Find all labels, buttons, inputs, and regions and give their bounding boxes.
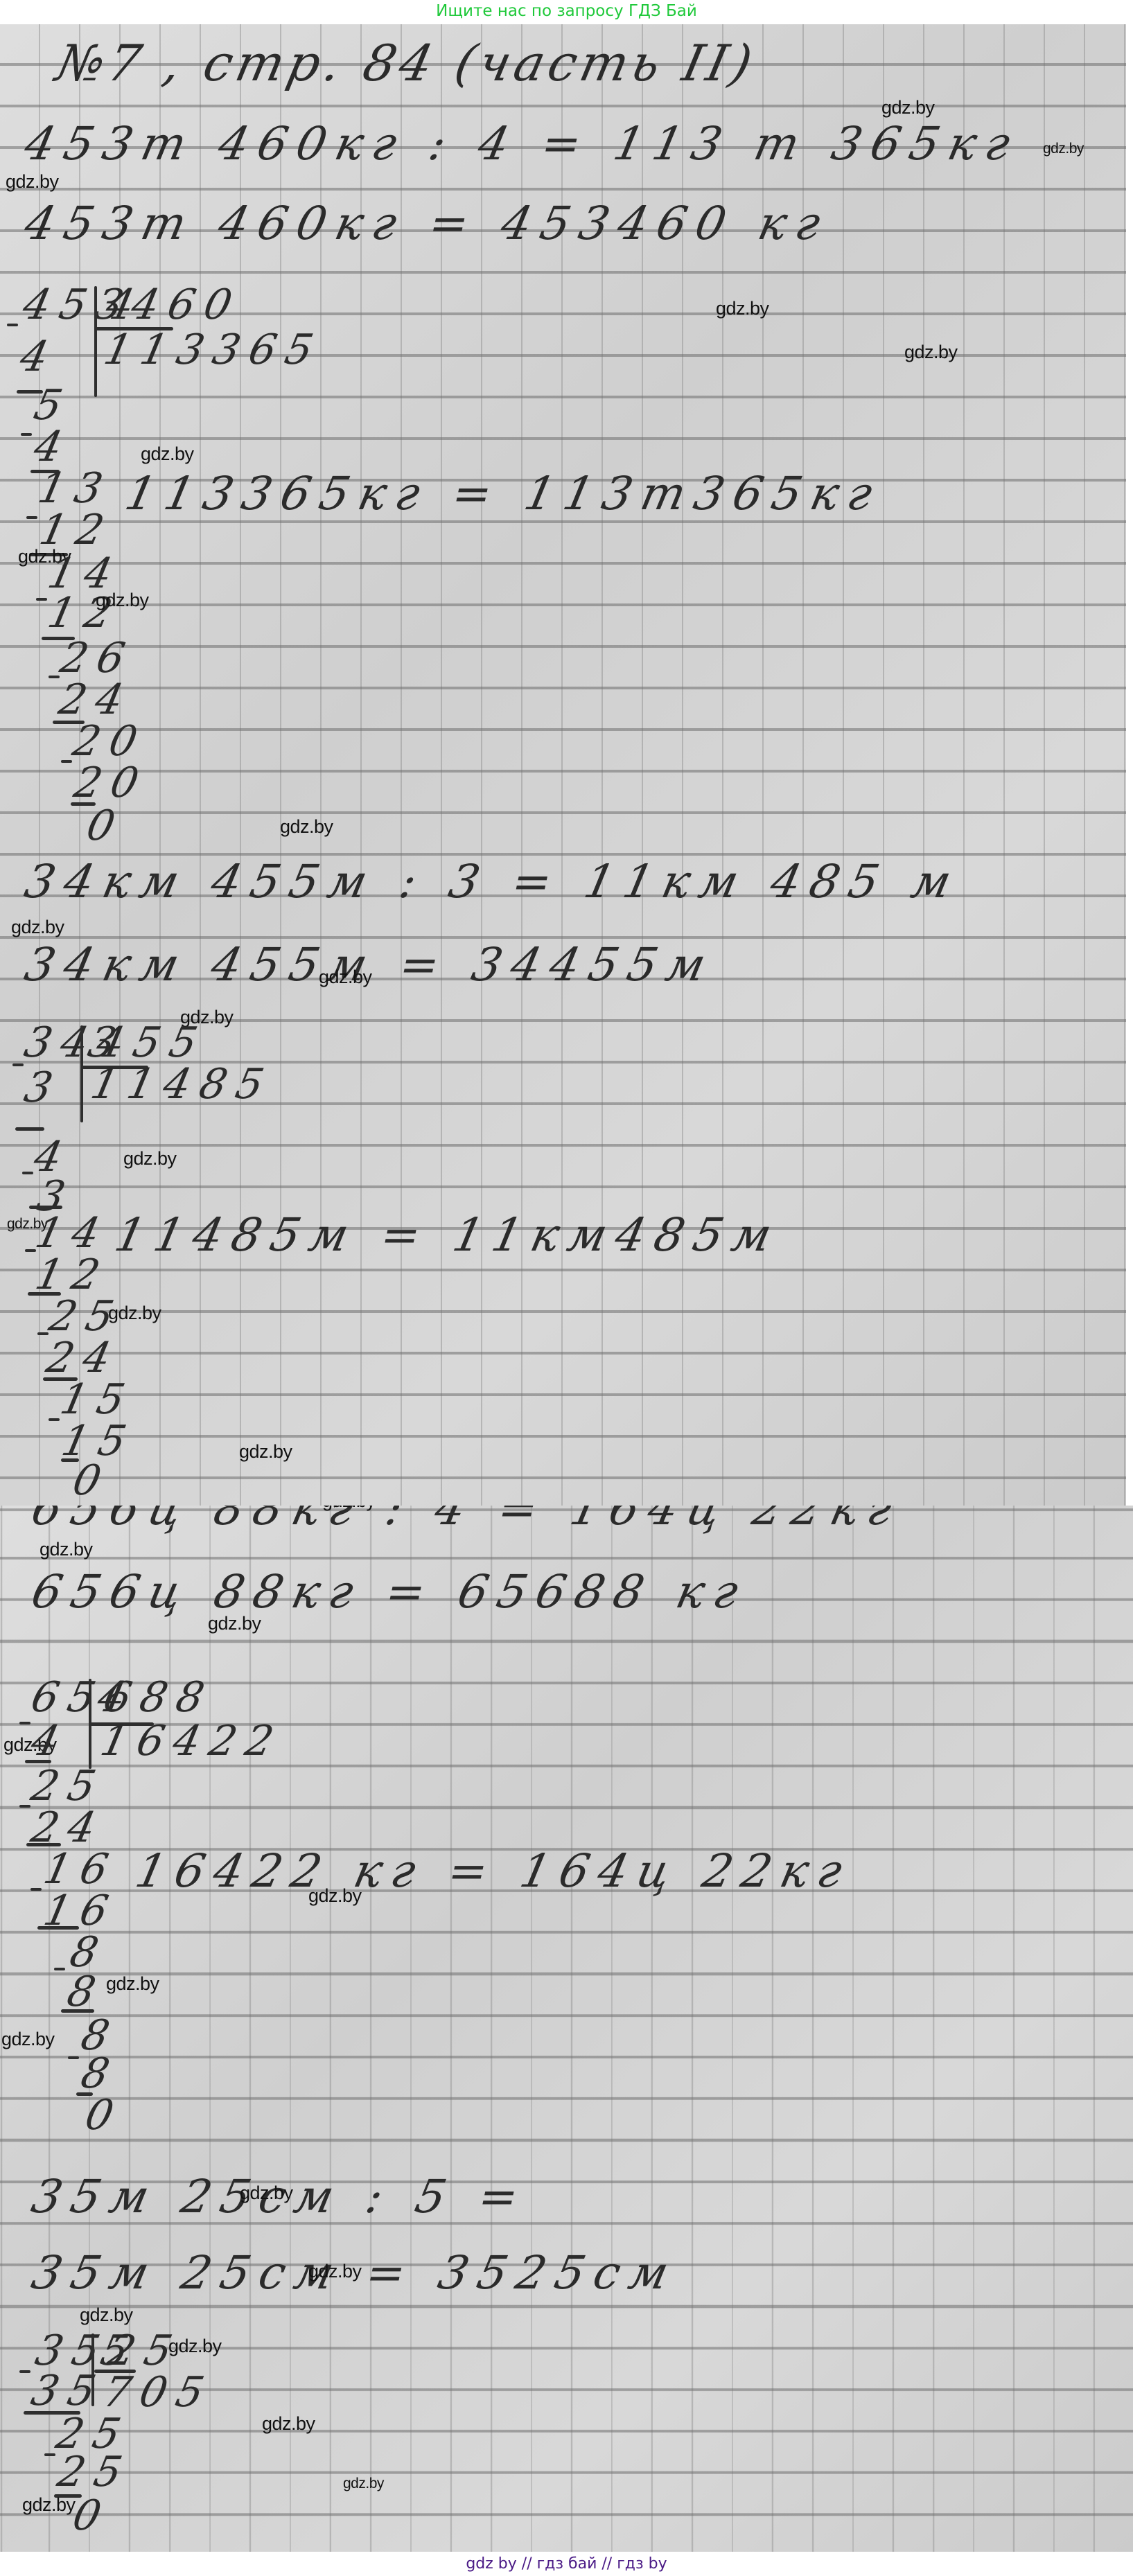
top-banner: Ищите нас по запросу ГДЗ Бай bbox=[0, 0, 1133, 24]
minus-sign bbox=[30, 1888, 42, 1891]
step: 3 bbox=[21, 1067, 66, 1109]
exercise-title: №7 , стр. 84 (часть II) bbox=[52, 38, 760, 88]
minus-sign bbox=[49, 676, 60, 678]
minus-sign bbox=[49, 1418, 60, 1421]
step: 0 bbox=[82, 2094, 127, 2136]
step: 25 bbox=[28, 1765, 109, 1807]
watermark: gdz.by bbox=[39, 1539, 93, 1560]
watermark: gdz.by bbox=[1043, 141, 1084, 157]
watermark: gdz.by bbox=[343, 2476, 384, 2492]
minus-sign bbox=[61, 760, 72, 763]
division-bar bbox=[94, 286, 97, 397]
step: 15 bbox=[58, 1420, 139, 1462]
quotient: 16422 bbox=[97, 1720, 287, 1762]
minus-sign bbox=[37, 1332, 49, 1335]
step: 0 bbox=[69, 1460, 114, 1501]
minus-sign bbox=[25, 1249, 36, 1252]
problem-1-conversion: 453т 460кг = 453460 кг bbox=[21, 201, 834, 247]
problem-3-equation: 656ц 88кг : 4 = 164ц 22кг bbox=[28, 1506, 906, 1532]
step: 12 bbox=[36, 509, 117, 551]
minus-sign bbox=[26, 516, 37, 519]
step: 20 bbox=[71, 762, 152, 804]
watermark: gdz.by bbox=[11, 917, 64, 938]
watermark: gdz.by bbox=[322, 1506, 376, 1512]
step: 8 bbox=[78, 2053, 123, 2094]
watermark: gdz.by bbox=[904, 342, 958, 363]
step: 24 bbox=[28, 1807, 109, 1849]
watermark: gdz.by bbox=[123, 1148, 177, 1170]
step: 4 bbox=[28, 1720, 73, 1762]
step-underline bbox=[61, 1458, 79, 1462]
minus-sign bbox=[19, 1722, 30, 1724]
step: 4 bbox=[17, 336, 62, 378]
step: 16 bbox=[40, 1849, 121, 1890]
watermark: gdz.by bbox=[1, 2029, 55, 2050]
watermark: gdz.by bbox=[881, 97, 935, 118]
watermark: gdz.by bbox=[240, 2182, 293, 2204]
minus-sign bbox=[44, 2453, 55, 2456]
step: 24 bbox=[43, 1337, 124, 1379]
bottom-banner: gdz by // гдз бай // гдз by bbox=[0, 2552, 1133, 2576]
step: 35 bbox=[28, 2370, 109, 2412]
watermark: gdz.by bbox=[716, 298, 769, 319]
minus-sign bbox=[22, 1172, 33, 1174]
step: 25 bbox=[54, 2451, 135, 2493]
minus-sign bbox=[7, 324, 18, 326]
watermark: gdz.by bbox=[308, 2261, 362, 2282]
step: 13 bbox=[35, 468, 116, 509]
notebook-photo-1: №7 , стр. 84 (часть II) gdz.by 453т 460к… bbox=[0, 24, 1126, 1506]
minus-sign bbox=[21, 433, 32, 436]
watermark: gdz.by bbox=[96, 590, 149, 611]
watermark: gdz.by bbox=[168, 2336, 222, 2357]
quotient: 113365 bbox=[100, 329, 326, 371]
step: 20 bbox=[69, 721, 150, 762]
minus-sign bbox=[36, 598, 47, 601]
watermark: gdz.by bbox=[108, 1303, 161, 1324]
watermark: gdz.by bbox=[262, 2413, 315, 2435]
watermark: gdz.by bbox=[6, 171, 59, 193]
minus-sign bbox=[68, 2056, 79, 2059]
watermark: gdz.by bbox=[280, 816, 333, 838]
quotient: 11485 bbox=[87, 1064, 277, 1105]
problem-1-result: 113365кг = 113т365кг bbox=[121, 471, 886, 517]
watermark: gdz.by bbox=[208, 1613, 261, 1634]
step: 8 bbox=[64, 1971, 109, 2013]
watermark: gdz.by bbox=[239, 1441, 292, 1463]
watermark: gdz.by bbox=[141, 443, 194, 465]
step: 0 bbox=[69, 2495, 114, 2537]
step: 12 bbox=[32, 1254, 113, 1296]
problem-2-equation: 34км 455м : 3 = 11км 485 м bbox=[21, 859, 965, 905]
minus-sign bbox=[19, 2370, 30, 2373]
top-banner-text: Ищите нас по запросу ГДЗ Бай bbox=[436, 2, 697, 20]
step: 14 bbox=[32, 1212, 113, 1254]
notebook-photo-2: 656ц 88кг : 4 = 164ц 22кг gdz.by gdz.by … bbox=[0, 1506, 1133, 2552]
problem-3-conversion: 656ц 88кг = 65688 кг bbox=[28, 1569, 752, 1615]
watermark: gdz.by bbox=[319, 967, 372, 988]
step: 5 bbox=[30, 385, 76, 426]
watermark: gdz.by bbox=[80, 2304, 133, 2326]
step: 24 bbox=[55, 679, 137, 721]
step: 4 bbox=[30, 426, 76, 468]
step: 14 bbox=[44, 553, 125, 594]
step: 16 bbox=[40, 1890, 121, 1932]
division-bar bbox=[80, 1025, 83, 1122]
step-underline bbox=[15, 1127, 44, 1131]
bottom-banner-text: gdz by // гдз бай // гдз by bbox=[466, 2555, 667, 2573]
minus-sign bbox=[19, 1805, 30, 1808]
problem-2-result: 11485м = 11км485м bbox=[111, 1212, 785, 1258]
step: 15 bbox=[57, 1379, 138, 1420]
step: 0 bbox=[83, 805, 128, 847]
watermark: gdz.by bbox=[22, 2494, 76, 2516]
problem-1-equation: 453т 460кг : 4 = 113 т 365кг bbox=[21, 121, 1024, 167]
step: 8 bbox=[67, 1932, 112, 1973]
watermark: gdz.by bbox=[106, 1973, 159, 1995]
minus-sign bbox=[54, 1968, 65, 1970]
quotient: 705 bbox=[100, 2372, 217, 2413]
step-underline bbox=[37, 1926, 79, 1930]
problem-3-result: 16422 кг = 164ц 22кг bbox=[132, 1849, 856, 1894]
watermark: gdz.by bbox=[308, 1885, 362, 1907]
step: 4 bbox=[30, 1136, 76, 1178]
step: 26 bbox=[57, 637, 138, 679]
